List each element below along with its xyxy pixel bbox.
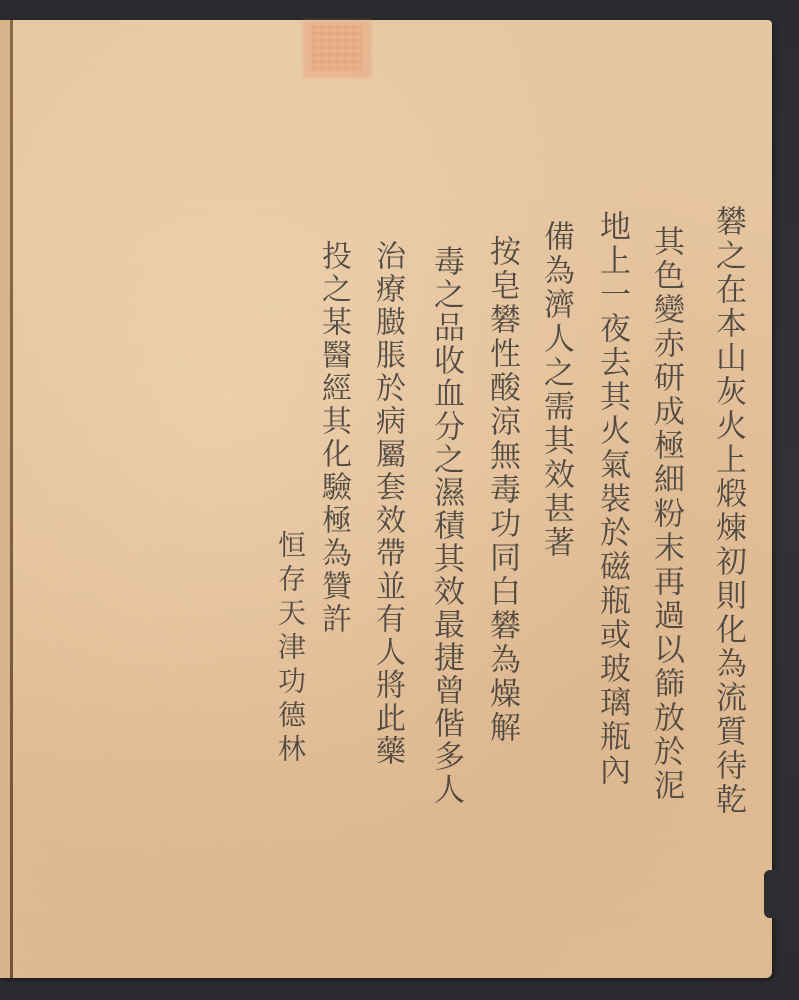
text-column-3: 地上一夜去其火氣裝於磁瓶或玻璃瓶內 <box>596 210 627 788</box>
text-column-5: 按皂礬性酸涼無毒功同白礬為燥解 <box>486 235 517 745</box>
text-column-6: 毒之品收血分之濕積其效最捷曾偕多人 <box>430 245 461 806</box>
text-column-2: 其色變赤研成極細粉末再過以篩放於泥 <box>650 225 681 803</box>
text-column-8: 投之某醫經其化驗極為贊許 <box>318 240 348 636</box>
seal-stamp-pattern <box>312 26 362 70</box>
binding-edge <box>10 20 13 978</box>
binding-strip <box>0 20 10 978</box>
text-column-7: 治療臌脹於病屬套效帶並有人將此藥 <box>372 240 402 768</box>
text-column-1: 礬之在本山灰火上煅煉初則化為流質待乾 <box>712 205 743 817</box>
signature: 恒存天津功德林 <box>276 530 304 768</box>
text-column-4: 備為濟人之需其效甚著 <box>540 220 571 560</box>
